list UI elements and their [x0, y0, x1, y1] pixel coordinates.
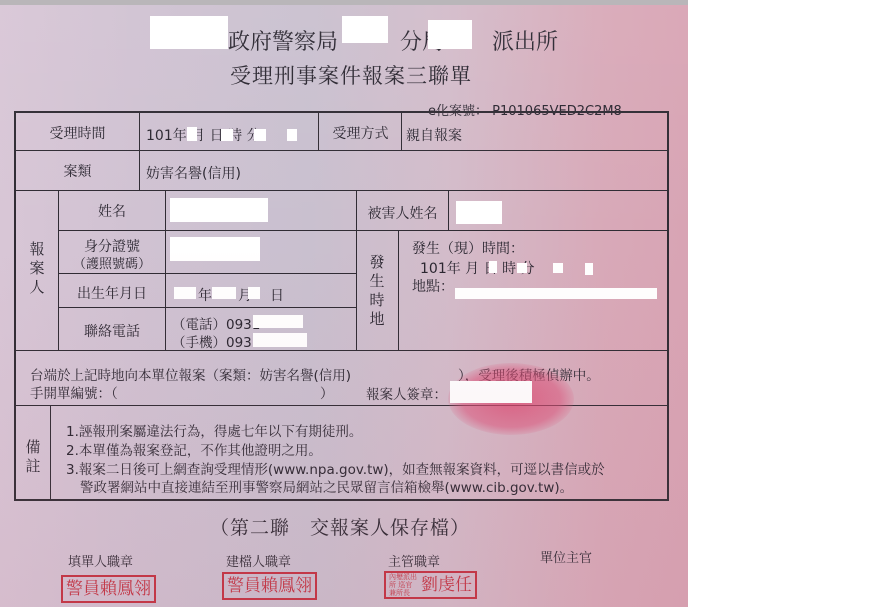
redaction — [221, 129, 233, 141]
signature-redacted — [450, 381, 532, 403]
row-divider — [14, 190, 669, 191]
row-divider — [58, 307, 356, 308]
station-suffix: 派出所 — [492, 30, 558, 55]
remark-item-2: 2.本單僅為報案登記，不作其他證明之用。 — [66, 439, 322, 459]
col-divider — [398, 230, 399, 350]
signature-label: 報案人簽章： — [366, 383, 447, 403]
case-type-value: 妨害名譽(信用) — [146, 163, 241, 183]
name-label: 姓名 — [59, 201, 165, 221]
archiver-stamp: 警員賴鳳翎 — [222, 572, 317, 600]
col-divider — [139, 111, 140, 191]
remarks-label: 備註 — [24, 438, 42, 476]
redaction-city — [150, 16, 228, 49]
redaction — [585, 263, 593, 275]
redaction — [254, 129, 266, 141]
occurrence-time-label: 發生（現）時間： — [412, 238, 524, 258]
statement-line: 台端於上記時地向本單位報案（案類：妨害名譽(信用) — [30, 364, 351, 384]
passport-label: （護照號碼） — [59, 253, 165, 272]
unit-chief-label: 單位主官 — [540, 547, 592, 566]
col-divider — [448, 190, 449, 230]
receipt-method-value: 親自報案 — [406, 125, 462, 145]
occurrence-group-label: 發生時地 — [368, 253, 386, 329]
redaction — [174, 287, 196, 299]
victim-name-redacted — [456, 201, 502, 224]
supervisor-seal-label: 主管職章 — [388, 551, 440, 570]
row-divider — [14, 150, 669, 151]
redaction — [248, 287, 260, 299]
report-form-photo: 政府警察局分局派出所 受理刑事案件報案三聯單 e化案號： P101065VED2… — [0, 5, 688, 607]
remark-item-1: 1.誣報刑案屬違法行為，得處七年以下有期徒刑。 — [66, 420, 362, 440]
table-top-border — [14, 111, 669, 113]
receipt-time-label: 受理時間 — [16, 123, 139, 143]
agency-suffix: 政府警察局 — [228, 30, 338, 55]
col-divider — [318, 111, 319, 151]
row-divider — [14, 350, 669, 351]
manual-no-label: 手開單編號：（ — [30, 382, 118, 402]
table-right-border — [667, 111, 669, 501]
ecase-number: e化案號： P101065VED2C2M8 — [428, 100, 622, 119]
row-divider — [58, 273, 356, 274]
birth-year-unit: 年 — [198, 288, 212, 304]
redaction — [187, 127, 197, 141]
phone-label: 聯絡電話 — [59, 321, 165, 341]
supervisor-stamp: 內壢派出所 巡官兼所長 劉虔任 — [384, 571, 477, 599]
case-type-label: 案類 — [16, 161, 139, 181]
table-bottom-border — [14, 499, 669, 501]
copy-designation: （第二聯 交報案人保存檔） — [210, 513, 470, 540]
id-value-redacted — [170, 237, 260, 261]
phone-value: （電話）0931 — [172, 313, 260, 333]
manual-no-close: ） — [320, 382, 334, 402]
victim-name-label: 被害人姓名 — [357, 203, 448, 223]
col-divider — [401, 111, 402, 151]
birth-label: 出生年月日 — [59, 283, 165, 303]
receipt-method-label: 受理方式 — [320, 123, 401, 143]
name-value-redacted — [170, 198, 268, 222]
birth-day-unit: 日 — [270, 288, 284, 304]
redaction — [253, 333, 307, 347]
col-divider — [50, 405, 51, 500]
filler-stamp: 警員賴鳳翎 — [61, 575, 156, 603]
supervisor-stamp-name: 劉虔任 — [421, 573, 472, 597]
filler-seal-label: 填單人職章 — [68, 551, 133, 570]
supervisor-stamp-title: 內壢派出所 巡官兼所長 — [389, 573, 419, 597]
mobile-value: （手機）0931 — [172, 331, 260, 351]
redaction — [489, 261, 497, 273]
remark-item-3: 3.報案二日後可上網查詢受理情形(www.npa.gov.tw)，如查無報案資料… — [66, 458, 605, 478]
col-divider — [165, 190, 166, 350]
location-value-redacted — [455, 288, 657, 299]
receipt-time-value: 101年 月 日 時 分 — [146, 125, 261, 145]
reporter-group-label: 報案人 — [28, 240, 46, 297]
redaction-station — [428, 20, 472, 49]
form-title: 受理刑事案件報案三聯單 — [230, 60, 472, 90]
redaction-branch — [342, 16, 388, 43]
redaction — [287, 129, 297, 141]
archiver-seal-label: 建檔人職章 — [226, 551, 291, 570]
redaction — [212, 287, 236, 299]
redaction — [517, 263, 527, 273]
redaction — [553, 263, 563, 273]
remark-item-3-cont: 警政署網站中直接連結至刑事警察局網站之民眾留言信箱檢舉(www.cib.gov.… — [80, 476, 573, 496]
redaction — [253, 315, 303, 328]
row-divider — [58, 230, 669, 231]
location-label: 地點： — [412, 276, 454, 296]
